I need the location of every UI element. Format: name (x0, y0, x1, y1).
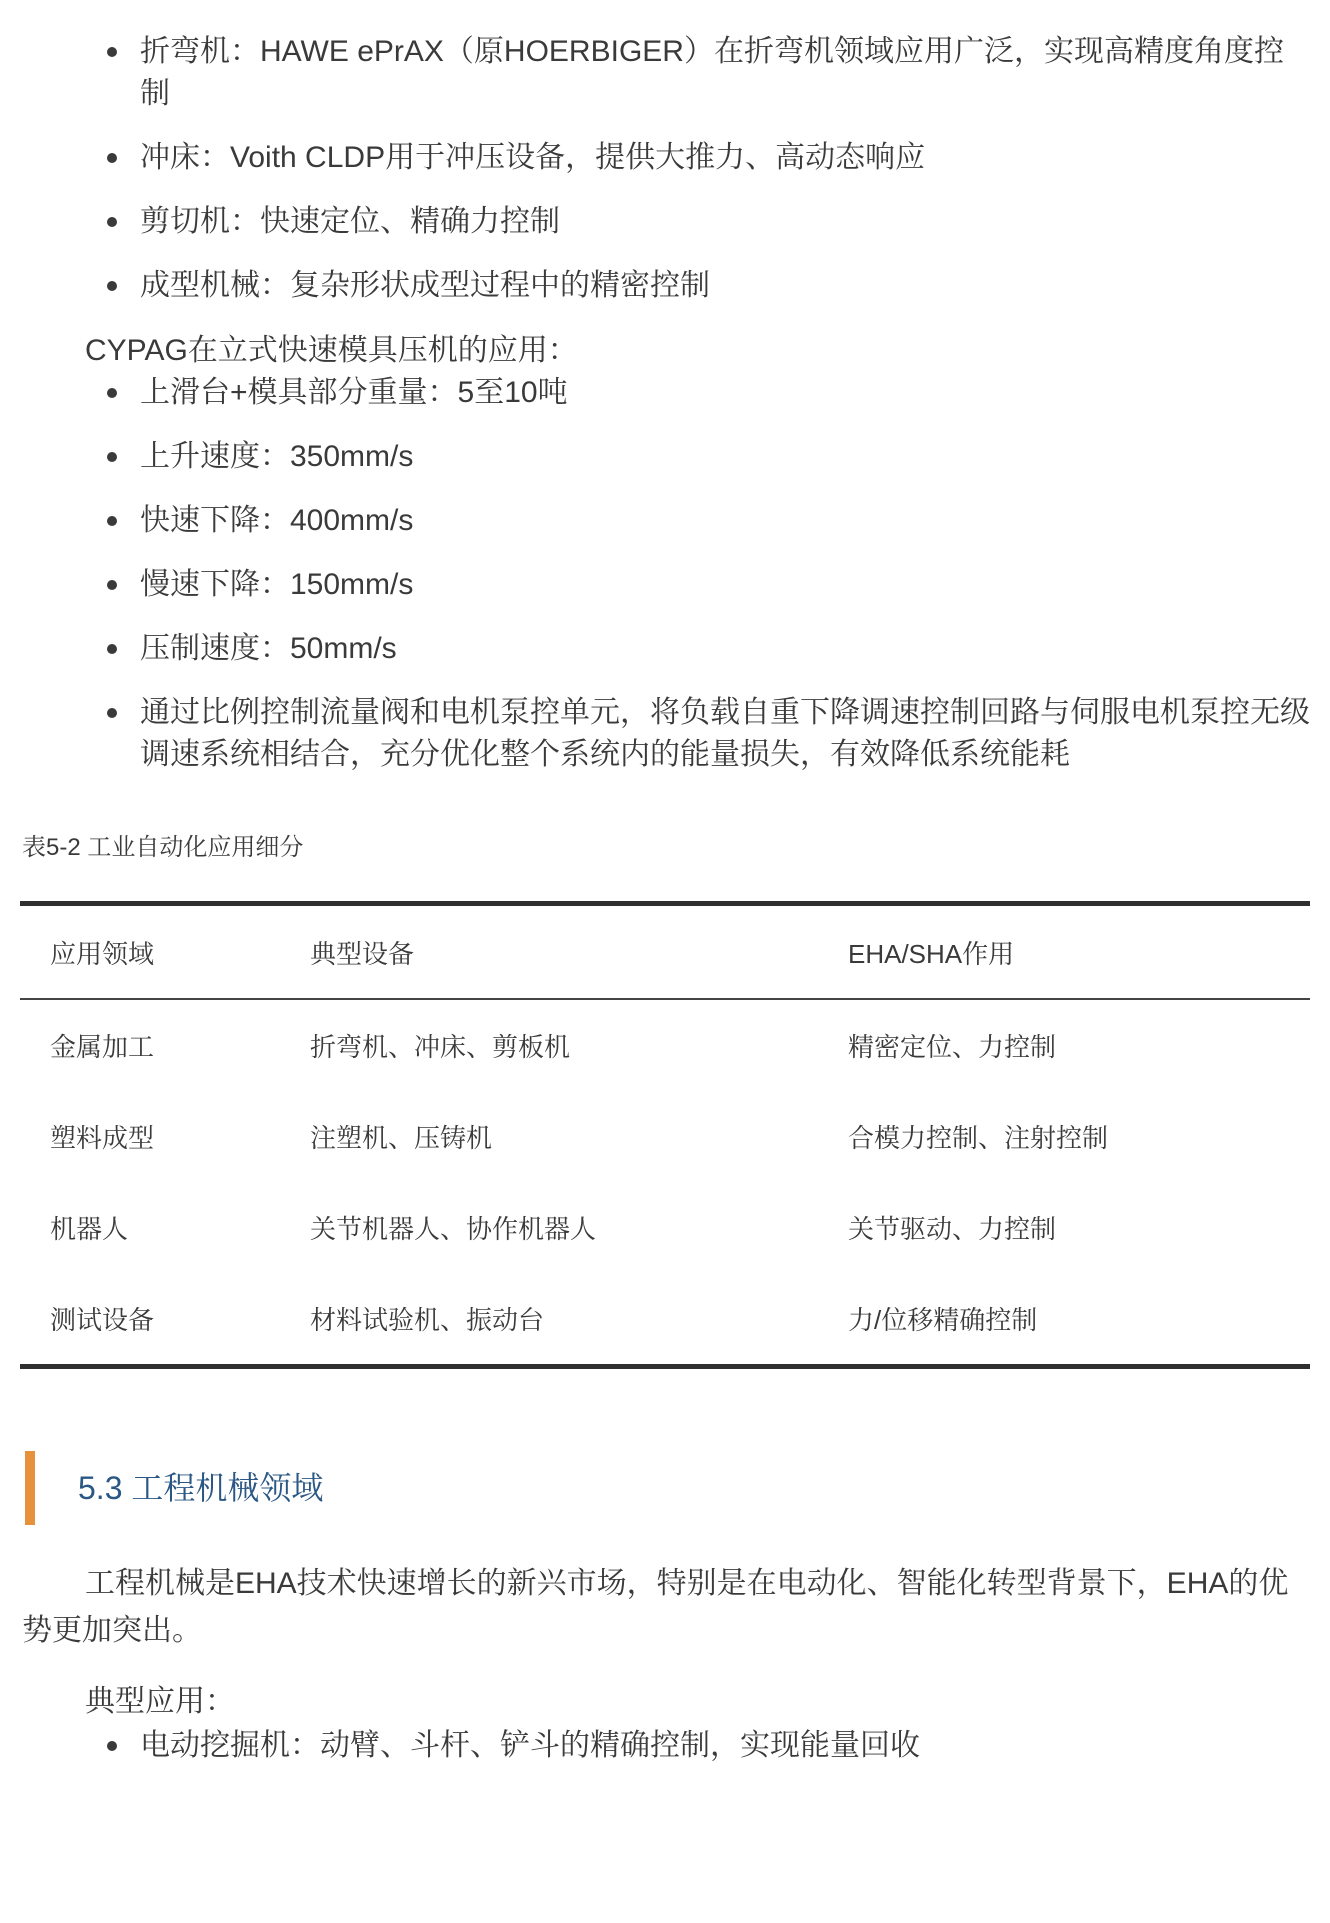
table-cell: 金属加工 (20, 999, 310, 1091)
table-cell: 力/位移精确控制 (848, 1273, 1310, 1367)
column-header: 典型设备 (310, 904, 848, 1000)
machine-application-list: 折弯机：HAWE ePrAX（原HOERBIGER）在折弯机领域应用广泛，实现高… (0, 31, 1310, 307)
list-item: 剪切机：快速定位、精确力控制 (140, 201, 1310, 243)
list-item: 折弯机：HAWE ePrAX（原HOERBIGER）在折弯机领域应用广泛，实现高… (140, 31, 1310, 115)
column-header: EHA/SHA作用 (848, 904, 1310, 1000)
list-item: 通过比例控制流量阀和电机泵控单元，将负载自重下降调速控制回路与伺服电机泵控无级 … (140, 692, 1310, 776)
list-item: 压制速度：50mm/s (140, 628, 1310, 670)
cypag-spec-list: 上滑台+模具部分重量：5至10吨 上升速度：350mm/s 快速下降：400mm… (0, 372, 1310, 776)
section-heading: 5.3 工程机械领域 (25, 1451, 1310, 1525)
table-row: 机器人 关节机器人、协作机器人 关节驱动、力控制 (20, 1182, 1310, 1273)
section-title: 5.3 工程机械领域 (78, 1470, 323, 1506)
document-page: 折弯机：HAWE ePrAX（原HOERBIGER）在折弯机领域应用广泛，实现高… (0, 0, 1330, 1767)
table-cell: 材料试验机、振动台 (310, 1273, 848, 1367)
list-item: 冲床：Voith CLDP用于冲压设备，提供大推力、高动态响应 (140, 137, 1310, 179)
list-item: 电动挖掘机：动臂、斗杆、铲斗的精确控制，实现能量回收 (140, 1725, 1310, 1767)
table-header-row: 应用领域 典型设备 EHA/SHA作用 (20, 904, 1310, 1000)
list-item: 成型机械：复杂形状成型过程中的精密控制 (140, 265, 1310, 307)
table-row: 测试设备 材料试验机、振动台 力/位移精确控制 (20, 1273, 1310, 1367)
engineering-intro-paragraph: 工程机械是EHA技术快速增长的新兴市场，特别是在电动化、智能化转型背景下，EHA… (22, 1560, 1310, 1654)
list-item: 慢速下降：150mm/s (140, 564, 1310, 606)
table-cell: 关节驱动、力控制 (848, 1182, 1310, 1273)
table-cell: 测试设备 (20, 1273, 310, 1367)
section-accent-bar (25, 1451, 35, 1525)
table-caption: 表5-2 工业自动化应用细分 (22, 831, 1310, 865)
table-cell: 机器人 (20, 1182, 310, 1273)
table-cell: 关节机器人、协作机器人 (310, 1182, 848, 1273)
table-row: 金属加工 折弯机、冲床、剪板机 精密定位、力控制 (20, 999, 1310, 1091)
typical-applications-label: 典型应用： (22, 1678, 1310, 1725)
list-item: 快速下降：400mm/s (140, 500, 1310, 542)
list-item: 上滑台+模具部分重量：5至10吨 (140, 372, 1310, 414)
list-item: 上升速度：350mm/s (140, 436, 1310, 478)
engineering-application-list: 电动挖掘机：动臂、斗杆、铲斗的精确控制，实现能量回收 (0, 1725, 1310, 1767)
cypag-intro-paragraph: CYPAG在立式快速模具压机的应用： (22, 330, 1310, 372)
table-cell: 合模力控制、注射控制 (848, 1091, 1310, 1182)
industrial-automation-table: 应用领域 典型设备 EHA/SHA作用 金属加工 折弯机、冲床、剪板机 精密定位… (20, 901, 1310, 1369)
table-cell: 塑料成型 (20, 1091, 310, 1182)
column-header: 应用领域 (20, 904, 310, 1000)
table-cell: 精密定位、力控制 (848, 999, 1310, 1091)
table-row: 塑料成型 注塑机、压铸机 合模力控制、注射控制 (20, 1091, 1310, 1182)
table-cell: 注塑机、压铸机 (310, 1091, 848, 1182)
table-cell: 折弯机、冲床、剪板机 (310, 999, 848, 1091)
